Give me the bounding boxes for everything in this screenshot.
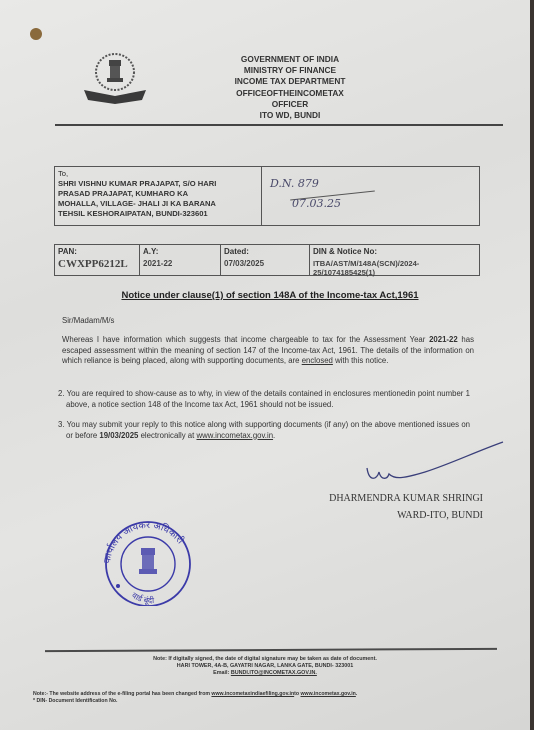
pin-hole <box>30 28 42 40</box>
p3-text: . <box>273 431 275 440</box>
email-label: Email: <box>213 670 231 676</box>
notice-title: Notice under clause(1) of section 148A o… <box>60 290 480 301</box>
pan-cell: PAN: CWXPP6212L <box>55 245 140 275</box>
footnote: Note:- The website address of the e-fili… <box>33 691 453 705</box>
din-definition: * DIN- Document Identification No. <box>33 698 453 705</box>
paragraph-3: 3. You may submit your reply to this not… <box>58 420 470 441</box>
din-cell: DIN & Notice No: ITBA/AST/M/148A(SCN)/20… <box>310 245 479 275</box>
address-line: MOHALLA, VILLAGE- JHALI JI KA BARANA <box>58 199 258 209</box>
notice-document: GOVERNMENT OF INDIA MINISTRY OF FINANCE … <box>0 0 530 730</box>
office-seal-stamp-icon: कार्यालय आयकर अधिकारी वार्ड बूंदी <box>96 516 200 606</box>
address-line: TEHSIL KESHORAIPATAN, BUNDI-323601 <box>58 209 258 219</box>
p3-text: electronically at <box>138 431 196 440</box>
old-portal-link[interactable]: www.incometaxindiaefiling.gov.in <box>211 691 294 697</box>
dated-label: Dated: <box>224 247 306 257</box>
notice-meta-table: PAN: CWXPP6212L A.Y: 2021-22 Dated: 07/0… <box>54 244 480 276</box>
handwritten-date: 07.03.25 <box>292 197 341 210</box>
dated-cell: Dated: 07/03/2025 <box>221 245 310 275</box>
ay-cell: A.Y: 2021-22 <box>140 245 221 275</box>
p1-text: with this notice. <box>333 356 388 365</box>
address-line: PRASAD PRAJAPAT, KUMHARO KA <box>58 189 258 199</box>
assessment-year: 2021-22 <box>429 335 458 344</box>
header-line: INCOME TAX DEPARTMENT <box>215 76 365 87</box>
header-line: OFFICEOFTHEINCOMETAX <box>215 88 365 99</box>
header-line: GOVERNMENT OF INDIA <box>215 54 365 65</box>
handwritten-dispatch-number: D.N. 879 <box>270 177 319 190</box>
footnote-portal: Note:- The website address of the e-fili… <box>33 691 453 698</box>
email-line: Email: BUNDI.ITO@INCOMETAX.GOV.IN. <box>90 670 440 677</box>
pan-label: PAN: <box>58 247 136 257</box>
office-header: GOVERNMENT OF INDIA MINISTRY OF FINANCE … <box>215 54 365 121</box>
signature-note: Note: If digitally signed, the date of d… <box>90 656 440 663</box>
p1-text: Whereas I have information which suggest… <box>62 335 429 344</box>
ay-value: 2021-22 <box>143 259 217 269</box>
header-line: OFFICER <box>215 99 365 110</box>
incometax-link[interactable]: www.incometax.gov.in <box>196 431 273 440</box>
paragraph-2: 2. You are required to show-cause as to … <box>58 389 470 410</box>
addressee-details: To, SHRI VISHNU KUMAR PRAJAPAT, S/O HARI… <box>55 167 262 225</box>
enclosed-text: enclosed <box>302 356 333 365</box>
header-divider <box>55 124 503 126</box>
header-line: ITO WD, BUNDI <box>215 110 365 121</box>
signatory: DHARMENDRA KUMAR SHRINGI WARD-ITO, BUNDI <box>300 490 483 524</box>
footer-divider <box>45 648 497 652</box>
dated-value: 07/03/2025 <box>224 259 306 269</box>
office-address: HARI TOWER, 4A-B, GAYATRI NAGAR, LANKA G… <box>90 663 440 670</box>
signatory-designation: WARD-ITO, BUNDI <box>300 507 483 524</box>
signatory-name: DHARMENDRA KUMAR SHRINGI <box>300 490 483 507</box>
header-line: MINISTRY OF FINANCE <box>215 65 365 76</box>
salutation: Sir/Madam/M/s <box>62 316 474 327</box>
to-label: To, <box>58 169 258 179</box>
footnote-text: . <box>356 691 357 697</box>
office-footer: Note: If digitally signed, the date of d… <box>90 656 440 678</box>
din-label: DIN & Notice No: <box>313 247 476 257</box>
paragraph-1: Whereas I have information which suggest… <box>62 335 474 367</box>
footnote-text: Note:- The website address of the e-fili… <box>33 691 211 697</box>
signature-scribble-icon <box>365 440 505 485</box>
address-line: SHRI VISHNU KUMAR PRAJAPAT, S/O HARI <box>58 179 258 189</box>
new-portal-link[interactable]: www.incometax.gov.in <box>301 691 356 697</box>
addressee-box: To, SHRI VISHNU KUMAR PRAJAPAT, S/O HARI… <box>54 166 480 226</box>
income-tax-emblem-icon <box>80 50 150 105</box>
din-value: ITBA/AST/M/148A(SCN)/2024-25/1074185425(… <box>313 259 476 277</box>
reply-deadline: 19/03/2025 <box>99 431 138 440</box>
ay-label: A.Y: <box>143 247 217 257</box>
dispatch-note: D.N. 879 07.03.25 <box>262 167 479 225</box>
pan-value: CWXPP6212L <box>58 259 136 269</box>
email-link[interactable]: BUNDI.ITO@INCOMETAX.GOV.IN. <box>231 670 317 676</box>
